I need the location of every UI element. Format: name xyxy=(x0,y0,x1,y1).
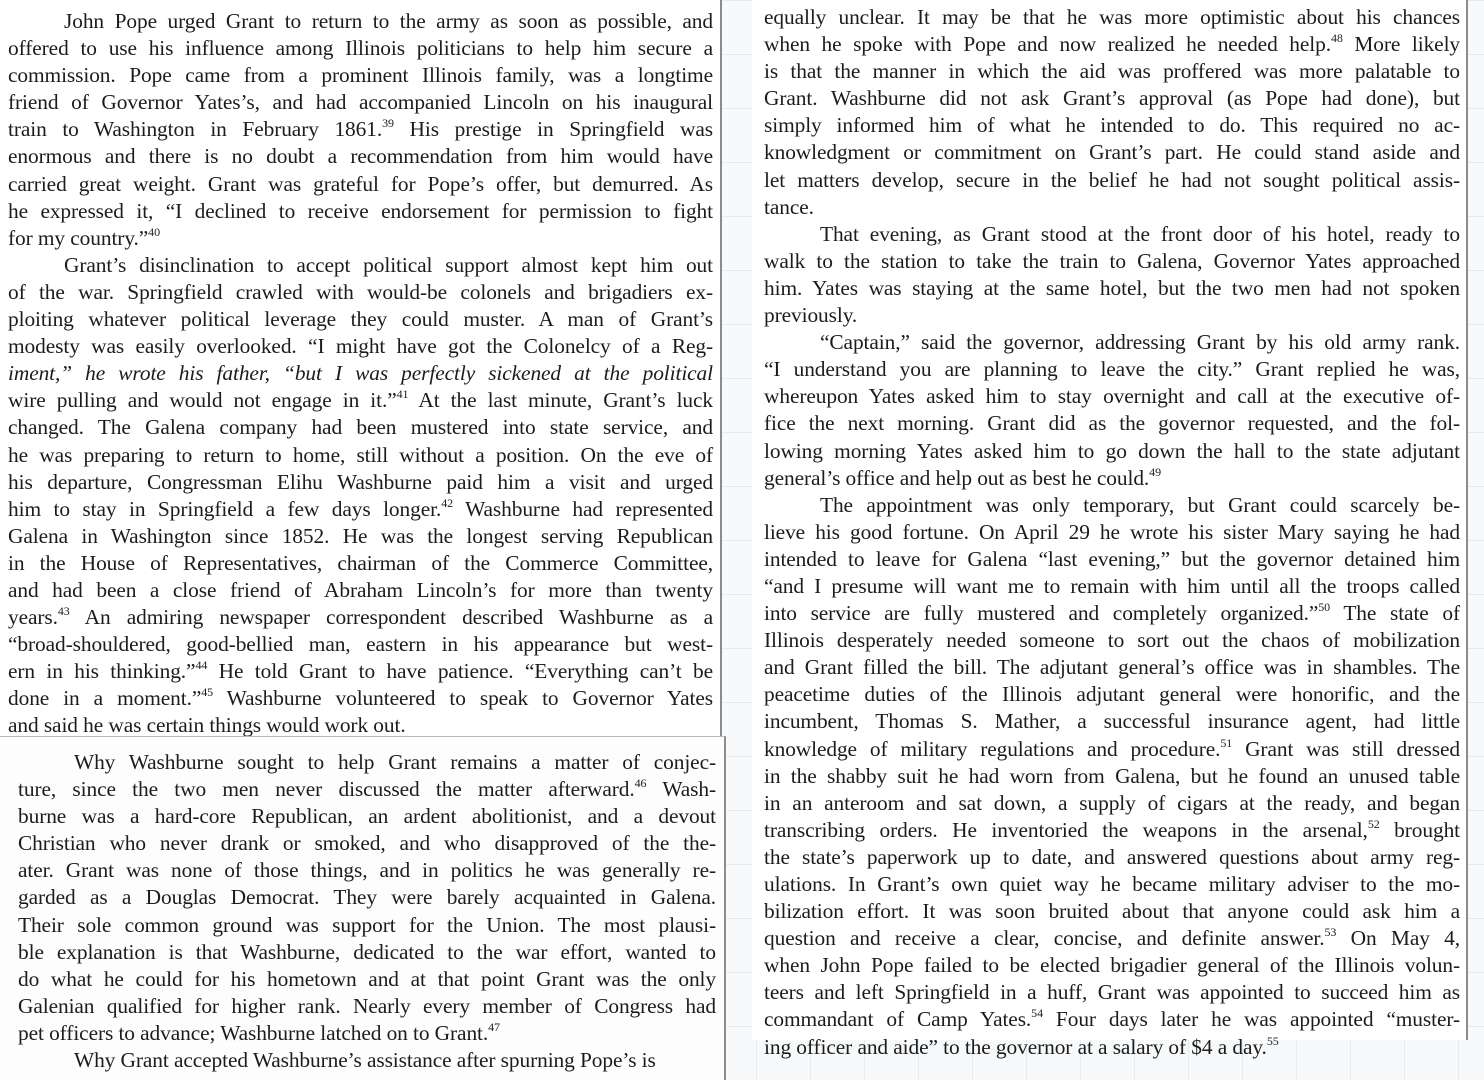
text-line: offered to use his influence among Illin… xyxy=(8,35,713,62)
text-line: lieve his good fortune. On April 29 he w… xyxy=(764,519,1460,546)
text-line: carried great weight. Grant was grateful… xyxy=(8,171,713,198)
text-line: garded as a Douglas Democrat. They were … xyxy=(18,884,716,911)
text-line: is that the manner in which the aid was … xyxy=(764,58,1460,85)
paragraph: equally unclear. It may be that he was m… xyxy=(764,4,1460,221)
footnote-marker: 44 xyxy=(195,658,207,672)
text-line: Why Washburne sought to help Grant remai… xyxy=(18,749,716,776)
text-line: his departure, Congressman Elihu Washbur… xyxy=(8,469,713,496)
text-line: peacetime duties of the Illinois adjutan… xyxy=(764,681,1460,708)
paragraph: Why Washburne sought to help Grant remai… xyxy=(18,749,716,1047)
text-line: changed. The Galena company had been mus… xyxy=(8,414,713,441)
text-line: done in a moment.”45 Washburne volunteer… xyxy=(8,685,713,712)
text-line: ture, since the two men never discussed … xyxy=(18,776,716,803)
text-line: That evening, as Grant stood at the fron… xyxy=(764,221,1460,248)
text-line: friend of Governor Yates’s, and had acco… xyxy=(8,89,713,116)
footnote-marker: 47 xyxy=(488,1020,500,1034)
text-line: The appointment was only temporary, but … xyxy=(764,492,1460,519)
text-line: simply informed him of what he intended … xyxy=(764,112,1460,139)
text-line: in the House of Representatives, chairma… xyxy=(8,550,713,577)
text-line: fice the next morning. Grant did as the … xyxy=(764,410,1460,437)
text-line: commandant of Camp Yates.54 Four days la… xyxy=(764,1006,1460,1033)
paragraph: Why Grant accepted Washburne’s assistanc… xyxy=(18,1047,716,1074)
text-line: ing officer and aide” to the governor at… xyxy=(764,1034,1460,1061)
text-line: “broad-shouldered, good-bellied man, eas… xyxy=(8,631,713,658)
paragraph: That evening, as Grant stood at the fron… xyxy=(764,221,1460,329)
text-line: ulations. In Grant’s own quiet way he be… xyxy=(764,871,1460,898)
text-line: transcribing orders. He inventoried the … xyxy=(764,817,1460,844)
text-line: incumbent, Thomas S. Mather, a successfu… xyxy=(764,708,1460,735)
footnote-marker: 39 xyxy=(382,116,394,130)
footnote-marker: 55 xyxy=(1267,1034,1279,1048)
text-line: and had been a close friend of Abraham L… xyxy=(8,577,713,604)
text-fragment-left-top: John Pope urged Grant to return to the a… xyxy=(0,0,722,736)
text-line: years.43 An admiring newspaper correspon… xyxy=(8,604,713,631)
text-line: ploiting whatever political leverage the… xyxy=(8,306,713,333)
text-line: let matters develop, secure in the belie… xyxy=(764,167,1460,194)
text-fragment-left-bottom: Why Washburne sought to help Grant remai… xyxy=(0,736,726,1080)
text-line: burne was a hard-core Republican, an ard… xyxy=(18,803,716,830)
text-line: wire pulling and would not engage in it.… xyxy=(8,387,713,414)
text-line: him to stay in Springfield a few days lo… xyxy=(8,496,713,523)
footnote-marker: 50 xyxy=(1318,600,1330,614)
right-column-text: equally unclear. It may be that he was m… xyxy=(764,4,1460,1061)
paragraph: John Pope urged Grant to return to the a… xyxy=(8,8,713,252)
paragraph: The appointment was only temporary, but … xyxy=(764,492,1460,1061)
text-line: intended to leave for Galena “last eveni… xyxy=(764,546,1460,573)
text-line: ater. Grant was none of those things, an… xyxy=(18,857,716,884)
text-line: John Pope urged Grant to return to the a… xyxy=(8,8,713,35)
text-line: in the shabby suit he had worn from Gale… xyxy=(764,763,1460,790)
text-line: commission. Pope came from a prominent I… xyxy=(8,62,713,89)
text-line: he expressed it, “I declined to receive … xyxy=(8,198,713,225)
footnote-marker: 51 xyxy=(1220,736,1232,750)
text-line: in an anteroom and sat down, a supply of… xyxy=(764,790,1460,817)
text-line: him. Yates was staying at the same hotel… xyxy=(764,275,1460,302)
text-line: modesty was easily overlooked. “I might … xyxy=(8,333,713,360)
text-line: teers and left Springfield in a huff, Gr… xyxy=(764,979,1460,1006)
footnote-marker: 45 xyxy=(201,685,213,699)
text-line: Grant’s disinclination to accept politic… xyxy=(8,252,713,279)
text-line: ble explanation is that Washburne, dedic… xyxy=(18,939,716,966)
text-line: whereupon Yates asked him to stay overni… xyxy=(764,383,1460,410)
text-line: Their sole common ground was support for… xyxy=(18,912,716,939)
left-column-continued-text: Why Washburne sought to help Grant remai… xyxy=(18,749,716,1074)
text-line: when he spoke with Pope and now realized… xyxy=(764,31,1460,58)
text-line: into service are fully mustered and comp… xyxy=(764,600,1460,627)
text-line: when John Pope failed to be elected brig… xyxy=(764,952,1460,979)
text-fragment-right: equally unclear. It may be that he was m… xyxy=(752,0,1468,1040)
text-line: for my country.”40 xyxy=(8,225,713,252)
footnote-marker: 42 xyxy=(441,496,453,510)
text-line: Galena in Washington since 1852. He was … xyxy=(8,523,713,550)
text-line: Illinois desperately needed someone to s… xyxy=(764,627,1460,654)
text-line: bilization effort. It was soon bruited a… xyxy=(764,898,1460,925)
text-line: previously. xyxy=(764,302,1460,329)
text-line: knowledge of military regulations and pr… xyxy=(764,736,1460,763)
text-line: Galenian qualified for higher rank. Near… xyxy=(18,993,716,1020)
text-line: general’s office and help out as best he… xyxy=(764,465,1460,492)
paragraph: “Captain,” said the governor, addressing… xyxy=(764,329,1460,492)
footnote-marker: 53 xyxy=(1325,925,1337,939)
paragraph: Grant’s disinclination to accept politic… xyxy=(8,252,713,740)
text-line: ern in his thinking.”44 He told Grant to… xyxy=(8,658,713,685)
text-line: Christian who never drank or smoked, and… xyxy=(18,830,716,857)
text-line: knowledgment or commitment on Grant’s pa… xyxy=(764,139,1460,166)
footnote-marker: 49 xyxy=(1149,465,1161,479)
text-line: of the war. Springfield crawled with wou… xyxy=(8,279,713,306)
text-line: question and receive a clear, concise, a… xyxy=(764,925,1460,952)
text-line: Why Grant accepted Washburne’s assistanc… xyxy=(18,1047,716,1074)
text-line: walk to the station to take the train to… xyxy=(764,248,1460,275)
footnote-marker: 52 xyxy=(1368,817,1380,831)
footnote-marker: 48 xyxy=(1331,31,1343,45)
text-line: “I understand you are planning to leave … xyxy=(764,356,1460,383)
text-line: equally unclear. It may be that he was m… xyxy=(764,4,1460,31)
text-line: enormous and there is no doubt a recomme… xyxy=(8,143,713,170)
footnote-marker: 46 xyxy=(635,776,647,790)
text-line: and Grant filled the bill. The adjutant … xyxy=(764,654,1460,681)
footnote-marker: 41 xyxy=(397,387,409,401)
text-line: iment,” he wrote his father, “but I was … xyxy=(8,360,713,387)
text-line: tance. xyxy=(764,194,1460,221)
text-line: lowing morning Yates asked him to go dow… xyxy=(764,438,1460,465)
footnote-marker: 40 xyxy=(148,225,160,239)
footnote-marker: 54 xyxy=(1031,1006,1043,1020)
text-line: the state’s paperwork up to date, and an… xyxy=(764,844,1460,871)
footnote-marker: 43 xyxy=(58,604,70,618)
text-line: “and I presume will want me to remain wi… xyxy=(764,573,1460,600)
text-line: train to Washington in February 1861.39 … xyxy=(8,116,713,143)
text-line: “Captain,” said the governor, addressing… xyxy=(764,329,1460,356)
left-column-text: John Pope urged Grant to return to the a… xyxy=(8,8,713,740)
text-line: he was preparing to return to home, stil… xyxy=(8,442,713,469)
text-line: do what he could for his hometown and at… xyxy=(18,966,716,993)
text-line: Grant. Washburne did not ask Grant’s app… xyxy=(764,85,1460,112)
text-line: pet officers to advance; Washburne latch… xyxy=(18,1020,716,1047)
